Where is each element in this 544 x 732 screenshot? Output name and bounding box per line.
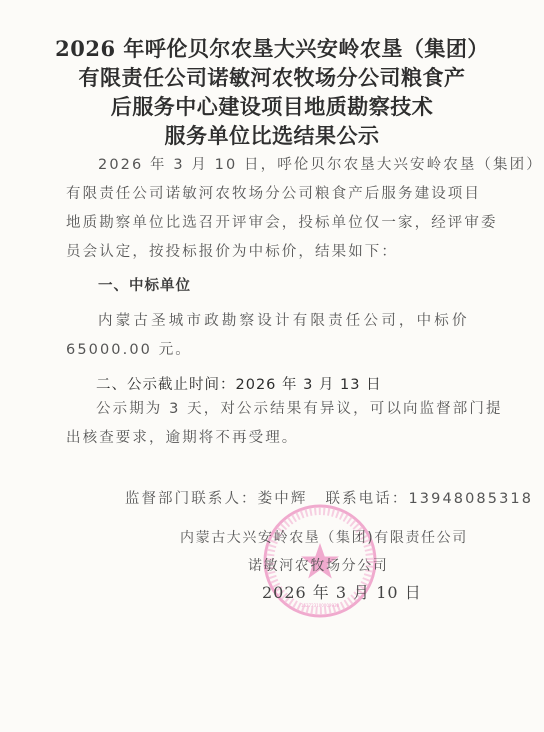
objection-paragraph: 公示期为 3 天，对公示结果有异议，可以向监督部门提 出核查要求，逾期将不再受理… [66,395,474,453]
section-heading-deadline: 二、公示截止时间：2026 年 3 月 13 日 [96,373,382,394]
contact-person-label: 监督部门联系人： [125,491,258,507]
intro-line-4: 员会认定，按投标报价为中标价，结果如下： [66,238,474,267]
intro-line-1: 2026 年 3 月 10 日，呼伦贝尔农垦大兴安岭农垦（集团） [66,151,474,180]
contact-phone: 13948085318 [408,491,533,507]
winner-paragraph: 内蒙古圣城市政勘察设计有限责任公司，中标价 65000.00 元。 [66,307,474,365]
section-heading-winner: 一、中标单位 [98,274,191,295]
title-line-2: 有限责任公司诺敏河农牧场分公司粮食产 [40,63,504,92]
signature-org-line-1: 内蒙古大兴安岭农垦（集团)有限责任公司 [180,527,468,547]
signature-date: 2026 年 3 月 10 日 [262,580,422,603]
document-title: 2026 年呼伦贝尔农垦大兴安岭农垦（集团） 有限责任公司诺敏河农牧场分公司粮食… [40,34,504,150]
title-line-1: 2026 年呼伦贝尔农垦大兴安岭农垦（集团） [40,34,504,63]
objection-line-2: 出核查要求，逾期将不再受理。 [66,424,474,453]
intro-paragraph: 2026 年 3 月 10 日，呼伦贝尔农垦大兴安岭农垦（集团） 有限责任公司诺… [66,151,474,267]
intro-line-2: 有限责任公司诺敏河农牧场分公司粮食产后服务建设项目 [66,180,474,209]
title-line-4: 服务单位比选结果公示 [40,121,504,150]
winner-line-2: 65000.00 元。 [66,336,474,365]
svg-text:152723100009938: 152723100009938 [301,603,340,608]
title-line-3: 后服务中心建设项目地质勘察技术 [40,92,504,121]
objection-line-1: 公示期为 3 天，对公示结果有异议，可以向监督部门提 [66,395,474,424]
winner-line-1: 内蒙古圣城市政勘察设计有限责任公司，中标价 [66,307,474,336]
document-page: 2026 年呼伦贝尔农垦大兴安岭农垦（集团） 有限责任公司诺敏河农牧场分公司粮食… [0,0,544,732]
signature-org-line-2: 诺敏河农牧场分公司 [248,555,388,575]
intro-line-3: 地质勘察单位比选召开评审会，投标单位仅一家，经评审委 [66,209,474,238]
